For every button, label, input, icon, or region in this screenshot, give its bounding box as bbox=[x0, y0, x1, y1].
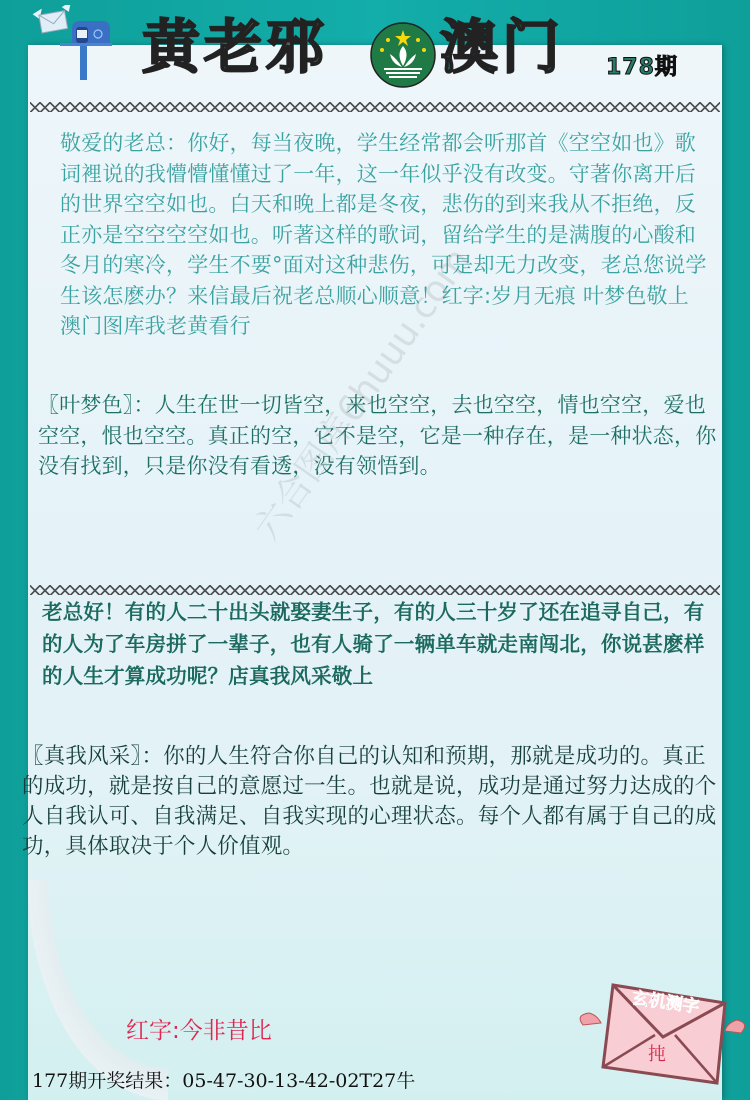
divider-middle bbox=[30, 585, 720, 595]
envelope-character: 扽 bbox=[648, 1040, 666, 1066]
issue-number: 178期 bbox=[606, 50, 678, 81]
red-word: 红字:今非昔比 bbox=[126, 1012, 272, 1045]
macau-emblem-icon bbox=[370, 22, 436, 88]
title-left: 黄老邪 bbox=[142, 12, 328, 82]
letter1-answer: 〖叶梦色〗：人生在世一切皆空，来也空空，去也空空，情也空空，爱也空空，恨也空空。… bbox=[38, 390, 718, 482]
title-right: 澳门 bbox=[440, 12, 564, 82]
draw-result: 177期开奖结果：05-47-30-13-42-02T27牛 bbox=[32, 1066, 415, 1093]
letter2-question: 老总好！有的人二十出头就娶妻生子，有的人三十岁了还在追寻自己，有的人为了车房拼了… bbox=[42, 596, 722, 692]
header: 黄老邪 澳门 178期 bbox=[0, 0, 750, 90]
mailbox-icon bbox=[20, 5, 120, 80]
letter2-answer: 〖真我风采〗：你的人生符合你自己的认知和预期，那就是成功的。真正的成功，就是按自… bbox=[22, 742, 717, 862]
divider-top bbox=[30, 102, 720, 112]
letter1-question: 敬爱的老总：你好，每当夜晚，学生经常都会听那首《空空如也》歌词裡说的我懵懵懂懂过… bbox=[60, 128, 710, 342]
